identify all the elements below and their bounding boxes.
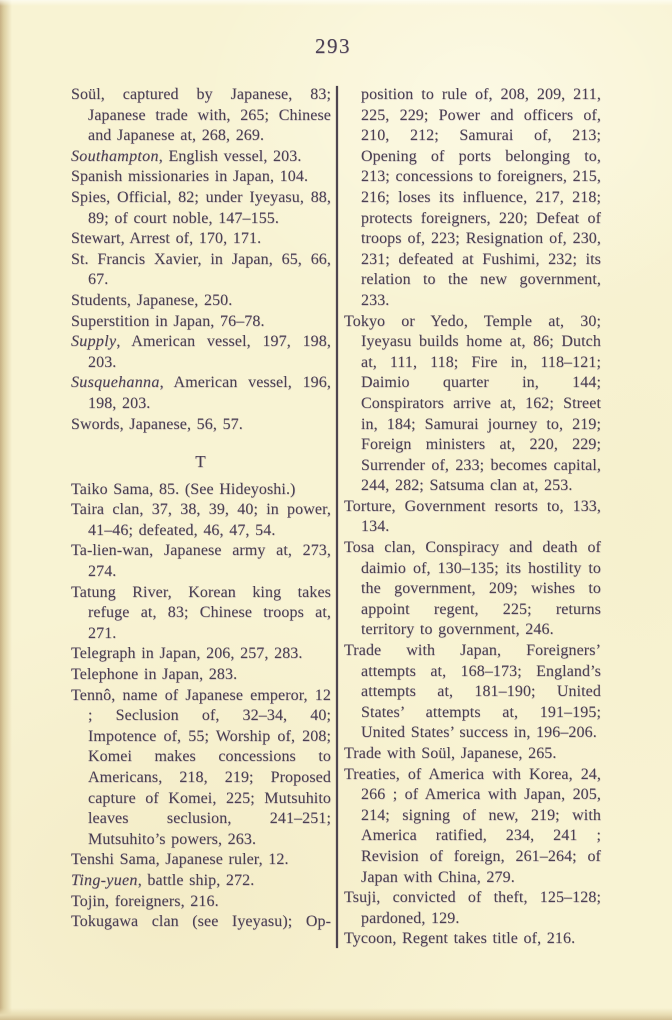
index-entry: Spies, Official, 82; under Iyeyasu, 88, … <box>71 188 331 229</box>
index-entry: St. Francis Xavier, in Japan, 65, 66, 67… <box>71 250 331 291</box>
left-column: Soül, captured by Japanese, 83; Japanese… <box>71 85 331 933</box>
index-entry: Students, Japanese, 250. <box>71 291 331 312</box>
index-entry: position to rule of, 208, 209, 211, 225,… <box>344 85 601 312</box>
index-entry: Tennô, name of Japanese emperor, 12 ; Se… <box>71 686 331 851</box>
index-entry: Trade with Soül, Japanese, 265. <box>344 744 601 765</box>
index-entry: Superstition in Japan, 76–78. <box>71 312 331 333</box>
page-edge-top <box>0 0 672 6</box>
section-heading: T <box>71 452 331 473</box>
page-edge-bottom <box>0 1008 672 1020</box>
right-column: position to rule of, 208, 209, 211, 225,… <box>344 85 601 950</box>
entry-italic-lead: Southampton <box>71 148 159 165</box>
index-entry: Tojin, foreigners, 216. <box>71 892 331 913</box>
index-entry: Soül, captured by Japanese, 83; Japanese… <box>71 85 331 147</box>
entry-italic-lead: Ting-yuen <box>71 872 138 889</box>
page-edge-left <box>0 0 12 1020</box>
index-entry: Tosa clan, Conspiracy and death of daimi… <box>344 538 601 641</box>
entry-italic-lead: Susquehanna <box>71 374 160 391</box>
column-divider <box>336 86 338 948</box>
index-entry: Taira clan, 37, 38, 39, 40; in power, 41… <box>71 500 331 541</box>
index-entry: Swords, Japanese, 56, 57. <box>71 415 331 436</box>
index-entry: Tenshi Sama, Japanese ruler, 12. <box>71 850 331 871</box>
index-entry: Treaties, of America with Korea, 24, 266… <box>344 765 601 889</box>
index-entry: Ta-lien-wan, Japanese army at, 273, 274. <box>71 541 331 582</box>
index-entry: Telephone in Japan, 283. <box>71 665 331 686</box>
index-entry: Supply, American vessel, 197, 198, 203. <box>71 332 331 373</box>
index-entry: Tokyo or Yedo, Temple at, 30; Iyeyasu bu… <box>344 312 601 497</box>
index-entry: Spanish missionaries in Japan, 104. <box>71 167 331 188</box>
index-entry: Tycoon, Regent takes title of, 216. <box>344 929 601 950</box>
index-entry: Tatung River, Korean king takes refuge a… <box>71 583 331 645</box>
index-entry: Torture, Government resorts to, 133, 134… <box>344 497 601 538</box>
index-entry: Tsuji, convicted of theft, 125–128; pard… <box>344 888 601 929</box>
index-entry: Ting-yuen, battle ship, 272. <box>71 871 331 892</box>
page-number: 293 <box>0 34 666 59</box>
index-entry: Taiko Sama, 85. (See Hideyoshi.) <box>71 480 331 501</box>
index-entry: Telegraph in Japan, 206, 257, 283. <box>71 644 331 665</box>
index-entry: Southampton, English vessel, 203. <box>71 147 331 168</box>
index-entry: Stewart, Arrest of, 170, 171. <box>71 229 331 250</box>
index-entry: Trade with Japan, Foreigners’ attempts a… <box>344 641 601 744</box>
entry-italic-lead: Supply <box>71 333 116 350</box>
index-entry: Susquehanna, American vessel, 196, 198, … <box>71 373 331 414</box>
book-page: 293 Soül, captured by Japanese, 83; Japa… <box>0 0 672 1020</box>
index-entry: Tokugawa clan (see Iyeyasu); Op- <box>71 912 331 933</box>
